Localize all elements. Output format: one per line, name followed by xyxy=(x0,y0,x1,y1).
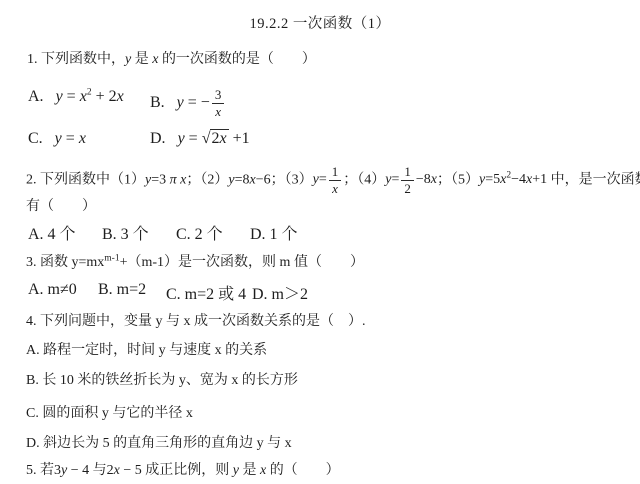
formula-op: +1 xyxy=(532,172,547,187)
formula-num: 2 xyxy=(107,463,114,478)
q1-options-row-1: A.y = x2 + 2x B.y = −3x xyxy=(0,88,640,108)
q2-sep: ；（5） xyxy=(437,172,479,187)
fraction: 1x xyxy=(329,165,342,195)
question-1-stem: 1. 下列函数中，y 是 x 的一次函数的是（ ） xyxy=(27,50,316,69)
formula-op: =8 xyxy=(235,172,250,187)
question-2-stem: 2. 下列函数中（1）y=3 π x；（2）y=8x−6；（3）y=1x；（4）… xyxy=(26,165,640,195)
q2-sep: ；（3） xyxy=(271,172,313,187)
question-3-stem: 3. 函数 y=mxm-1+（m-1）是一次函数，则 m 值（ ） xyxy=(26,253,364,272)
q4-option-d: D. 斜边长为 5 的直角三角形的直角边 y 与 x xyxy=(26,434,292,453)
q2-option-b: B. 3 个 xyxy=(102,221,149,244)
q2-formula-4: y=12−8x xyxy=(385,172,437,187)
q5-text: 5. 若 xyxy=(26,463,54,478)
formula-op: = xyxy=(391,172,399,187)
worksheet-page: { "title": "19.2.2 一次函数（1）", "q1": { "pr… xyxy=(0,0,640,484)
q1-text-pre: 1. 下列函数中， xyxy=(27,52,125,67)
q1-options-row-2: C.y = x D.y = √2x +1 xyxy=(0,130,640,150)
fraction-denominator: x xyxy=(212,103,225,119)
q3-option-a: A. m≠0 xyxy=(28,281,77,299)
q2-formula-2: y=8x−6 xyxy=(228,172,270,187)
q2-formula-1: y=3 π x xyxy=(145,172,186,187)
fraction: 12 xyxy=(401,165,414,195)
formula-var: x xyxy=(219,130,226,147)
q3-option-c: C. m=2 或 4 xyxy=(166,281,246,304)
radicand: 2x xyxy=(210,129,228,147)
formula-op: −8 xyxy=(416,172,431,187)
q2-option-d: D. 1 个 xyxy=(250,221,298,244)
q1-option-c-label: C. xyxy=(28,130,43,147)
q2-sep: ；（2） xyxy=(186,172,228,187)
q2-option-c: C. 2 个 xyxy=(176,221,223,244)
fraction-denominator: 2 xyxy=(401,180,414,196)
q3-option-b: B. m=2 xyxy=(98,281,146,299)
q5-text: 的（ ） xyxy=(266,463,340,478)
q3-text-pre: 3. 函数 y=mx xyxy=(26,255,104,270)
formula-var: y xyxy=(178,130,185,147)
formula-op: =5 xyxy=(485,172,500,187)
formula-var: x xyxy=(80,88,87,105)
q1-option-d: D.y = √2x +1 xyxy=(150,130,250,148)
q3-option-d: D. m＞2 xyxy=(252,281,308,304)
question-4-stem: 4. 下列问题中，变量 y 与 x 成一次函数关系的是（ ）. xyxy=(26,312,366,331)
q4-option-b: B. 长 10 米的铁丝折长为 y、宽为 x 的长方形 xyxy=(26,371,298,390)
question-5-stem: 5. 若3y − 4 与2x − 5 成正比例，则 y 是 x 的（ ） xyxy=(26,461,340,480)
page-title: 19.2.2 一次函数（1） xyxy=(0,15,640,34)
formula-op: −4 xyxy=(511,172,526,187)
q4-option-a: A. 路程一定时，时间 y 与速度 x 的关系 xyxy=(26,341,267,360)
q1-option-a-label: A. xyxy=(28,88,44,105)
formula-var: y xyxy=(177,94,184,111)
q1-option-a: A.y = x2 + 2x xyxy=(28,88,124,106)
document-page: 19.2.2 一次函数（1） 1. 下列函数中，y 是 x 的一次函数的是（ ）… xyxy=(0,0,640,484)
formula-op: = xyxy=(62,130,79,147)
q2-option-a: A. 4 个 xyxy=(28,221,76,244)
q2-lead: 2. 下列函数中（1） xyxy=(26,172,145,187)
formula-exponent: m-1 xyxy=(104,253,119,263)
fraction-denominator: x xyxy=(329,180,342,196)
q2-formula-3: y=1x xyxy=(313,172,344,187)
formula-op: =3 xyxy=(151,172,169,187)
formula-var: x xyxy=(79,130,86,147)
q5-formula-2: 2x − 5 xyxy=(107,463,142,478)
q1-option-b-label: B. xyxy=(150,94,165,111)
fraction-numerator: 3 xyxy=(212,88,225,103)
q1-option-a-formula: y = x2 + 2x xyxy=(56,88,124,105)
formula-var: y xyxy=(55,130,62,147)
q1-option-d-label: D. xyxy=(150,130,166,147)
q3-options-row: A. m≠0 B. m=2 C. m=2 或 4 D. m＞2 xyxy=(0,281,640,301)
q2-formula-5: y=5x2−4x+1 xyxy=(479,172,547,187)
formula-op: = xyxy=(319,172,327,187)
q5-text: 成正比例，则 xyxy=(142,463,233,478)
question-2-line2: 有（ ） xyxy=(26,197,96,216)
q1-option-d-formula: y = √2x +1 xyxy=(178,129,250,147)
q5-text: 是 xyxy=(239,463,260,478)
formula-op: −6 xyxy=(256,172,271,187)
pi-symbol: π xyxy=(170,172,181,187)
formula-op: − 5 xyxy=(120,463,142,478)
formula-op: = xyxy=(185,130,202,147)
q1-text-mid: 是 xyxy=(131,52,152,67)
fraction: 3x xyxy=(212,88,225,118)
q1-option-c-formula: y = x xyxy=(55,130,86,147)
q5-text: 与 xyxy=(89,463,107,478)
formula-num: 3 xyxy=(54,463,61,478)
q5-formula-1: 3y − 4 xyxy=(54,463,89,478)
formula-var: y xyxy=(56,88,63,105)
q1-text-post: 的一次函数的是（ ） xyxy=(158,52,316,67)
formula-var: x xyxy=(117,88,124,105)
fraction-numerator: 1 xyxy=(401,165,414,180)
fraction-numerator: 1 xyxy=(329,165,342,180)
q1-option-b-formula: y = −3x xyxy=(177,94,227,111)
formula-op: = − xyxy=(184,94,210,111)
q1-option-b: B.y = −3x xyxy=(150,88,226,118)
formula-op: = xyxy=(63,88,80,105)
formula-op: − 4 xyxy=(67,463,89,478)
formula-op: +1 xyxy=(229,130,250,147)
q2-options-row: A. 4 个 B. 3 个 C. 2 个 D. 1 个 xyxy=(0,221,640,241)
q4-option-c: C. 圆的面积 y 与它的半径 x xyxy=(26,404,193,423)
formula-op: + 2 xyxy=(92,88,117,105)
q2-tail: 中，是一次函数的 xyxy=(547,172,640,187)
q2-sep: ；（4） xyxy=(343,172,385,187)
q1-option-c: C.y = x xyxy=(28,130,86,148)
q3-text-post: +（m-1）是一次函数，则 m 值（ ） xyxy=(120,255,364,270)
